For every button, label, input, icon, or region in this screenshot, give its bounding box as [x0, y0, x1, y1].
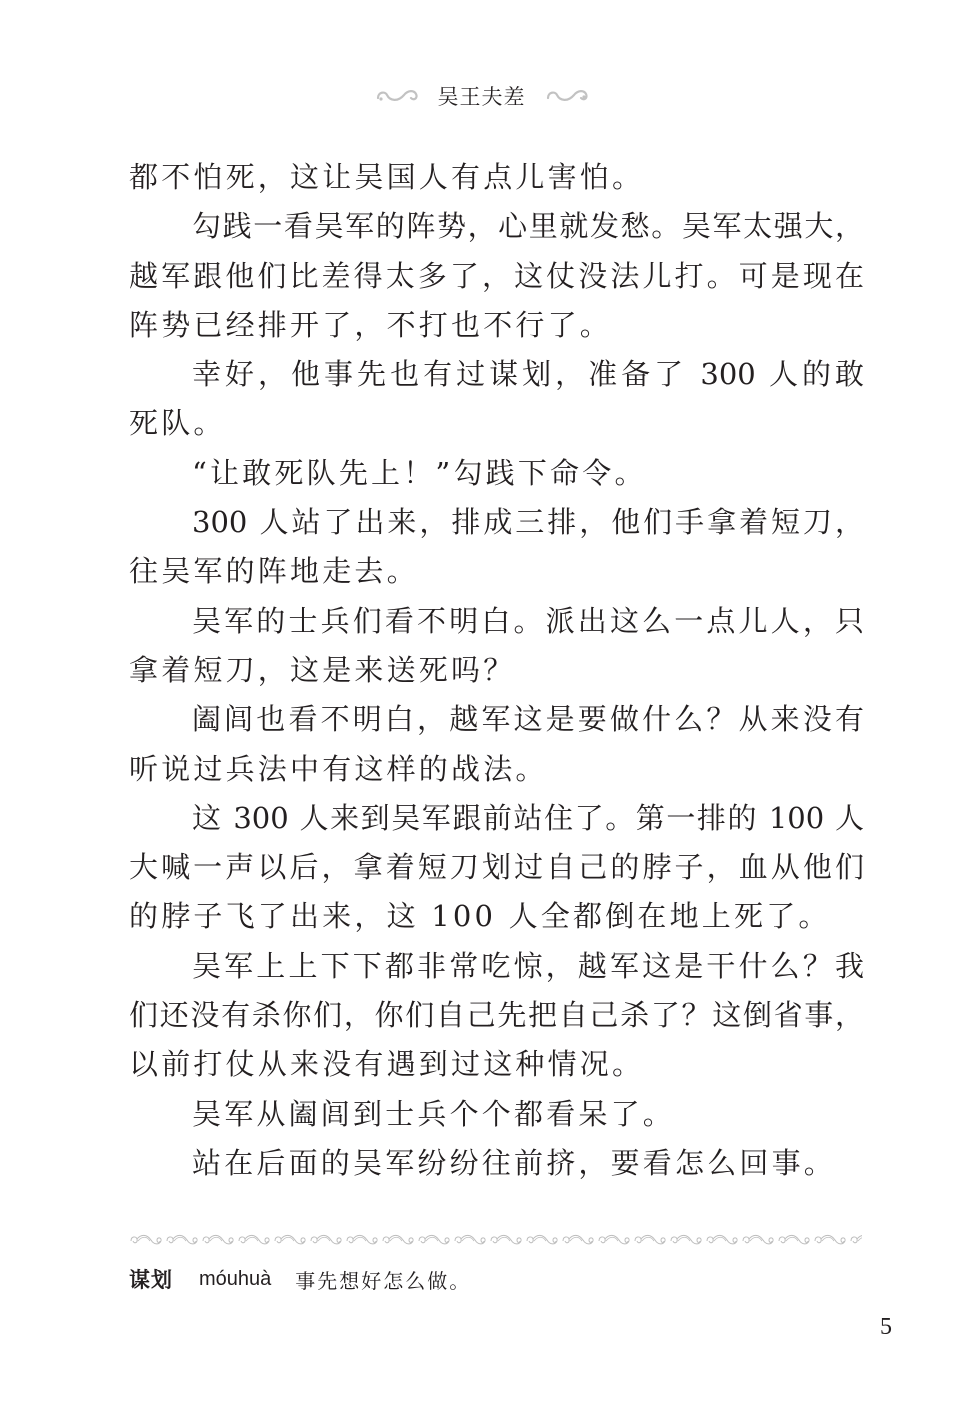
text-line: 死队。 — [129, 399, 864, 448]
paragraph-start-line: 阖闾也看不明白，越军这是要做什么？从来没有 — [129, 695, 864, 744]
vocabulary-footnote: 谋划 móuhuà 事先想好怎么做。 — [129, 1262, 471, 1296]
text-line: 往吴军的阵地走去。 — [129, 547, 864, 596]
text-line: 拿着短刀，这是来送死吗？ — [129, 646, 864, 695]
footnote-term: 谋划 — [129, 1264, 173, 1294]
text-line: 越军跟他们比差得太多了，这仗没法儿打。可是现在 — [129, 252, 864, 301]
swirl-ornament-right-icon — [544, 86, 590, 106]
text-line: 们还没有杀你们，你们自己先把自己杀了？这倒省事， — [129, 991, 864, 1040]
paragraph-start-line: 这 300 人来到吴军跟前站住了。第一排的 100 人 — [129, 794, 864, 843]
text-line: 都不怕死，这让吴国人有点儿害怕。 — [129, 153, 864, 202]
paragraph-start-line: “让敢死队先上！”勾践下命令。 — [129, 449, 864, 498]
page-number: 5 — [880, 1314, 892, 1341]
footnote-divider-ornament-icon — [129, 1232, 862, 1248]
text-line: 以前打仗从来没有遇到过这种情况。 — [129, 1040, 864, 1089]
text-line: 听说过兵法中有这样的战法。 — [129, 745, 864, 794]
footnote-definition: 事先想好怎么做。 — [295, 1265, 471, 1294]
paragraph-start-line: 吴军从阖闾到士兵个个都看呆了。 — [129, 1090, 864, 1139]
paragraph-start-line: 幸好，他事先也有过谋划，准备了 300 人的敢 — [129, 350, 864, 399]
text-line: 的脖子飞了出来，这 100 人全都倒在地上死了。 — [129, 892, 864, 941]
text-line: 阵势已经排开了，不打也不行了。 — [129, 301, 864, 350]
paragraph-start-line: 站在后面的吴军纷纷往前挤，要看怎么回事。 — [129, 1139, 864, 1188]
footnote-pinyin: móuhuà — [199, 1268, 271, 1291]
story-body: 都不怕死，这让吴国人有点儿害怕。 勾践一看吴军的阵势，心里就发愁。吴军太强大， … — [129, 153, 864, 1188]
running-title: 吴王夫差 — [438, 81, 526, 111]
paragraph-start-line: 300 人站了出来，排成三排，他们手拿着短刀， — [129, 498, 864, 547]
paragraph-start-line: 吴军的士兵们看不明白。派出这么一点儿人，只 — [129, 597, 864, 646]
paragraph-start-line: 勾践一看吴军的阵势，心里就发愁。吴军太强大， — [129, 202, 864, 251]
swirl-ornament-left-icon — [374, 86, 420, 106]
running-header: 吴王夫差 — [0, 78, 963, 114]
paragraph-start-line: 吴军上上下下都非常吃惊，越军这是干什么？我 — [129, 942, 864, 991]
text-line: 大喊一声以后，拿着短刀划过自己的脖子，血从他们 — [129, 843, 864, 892]
